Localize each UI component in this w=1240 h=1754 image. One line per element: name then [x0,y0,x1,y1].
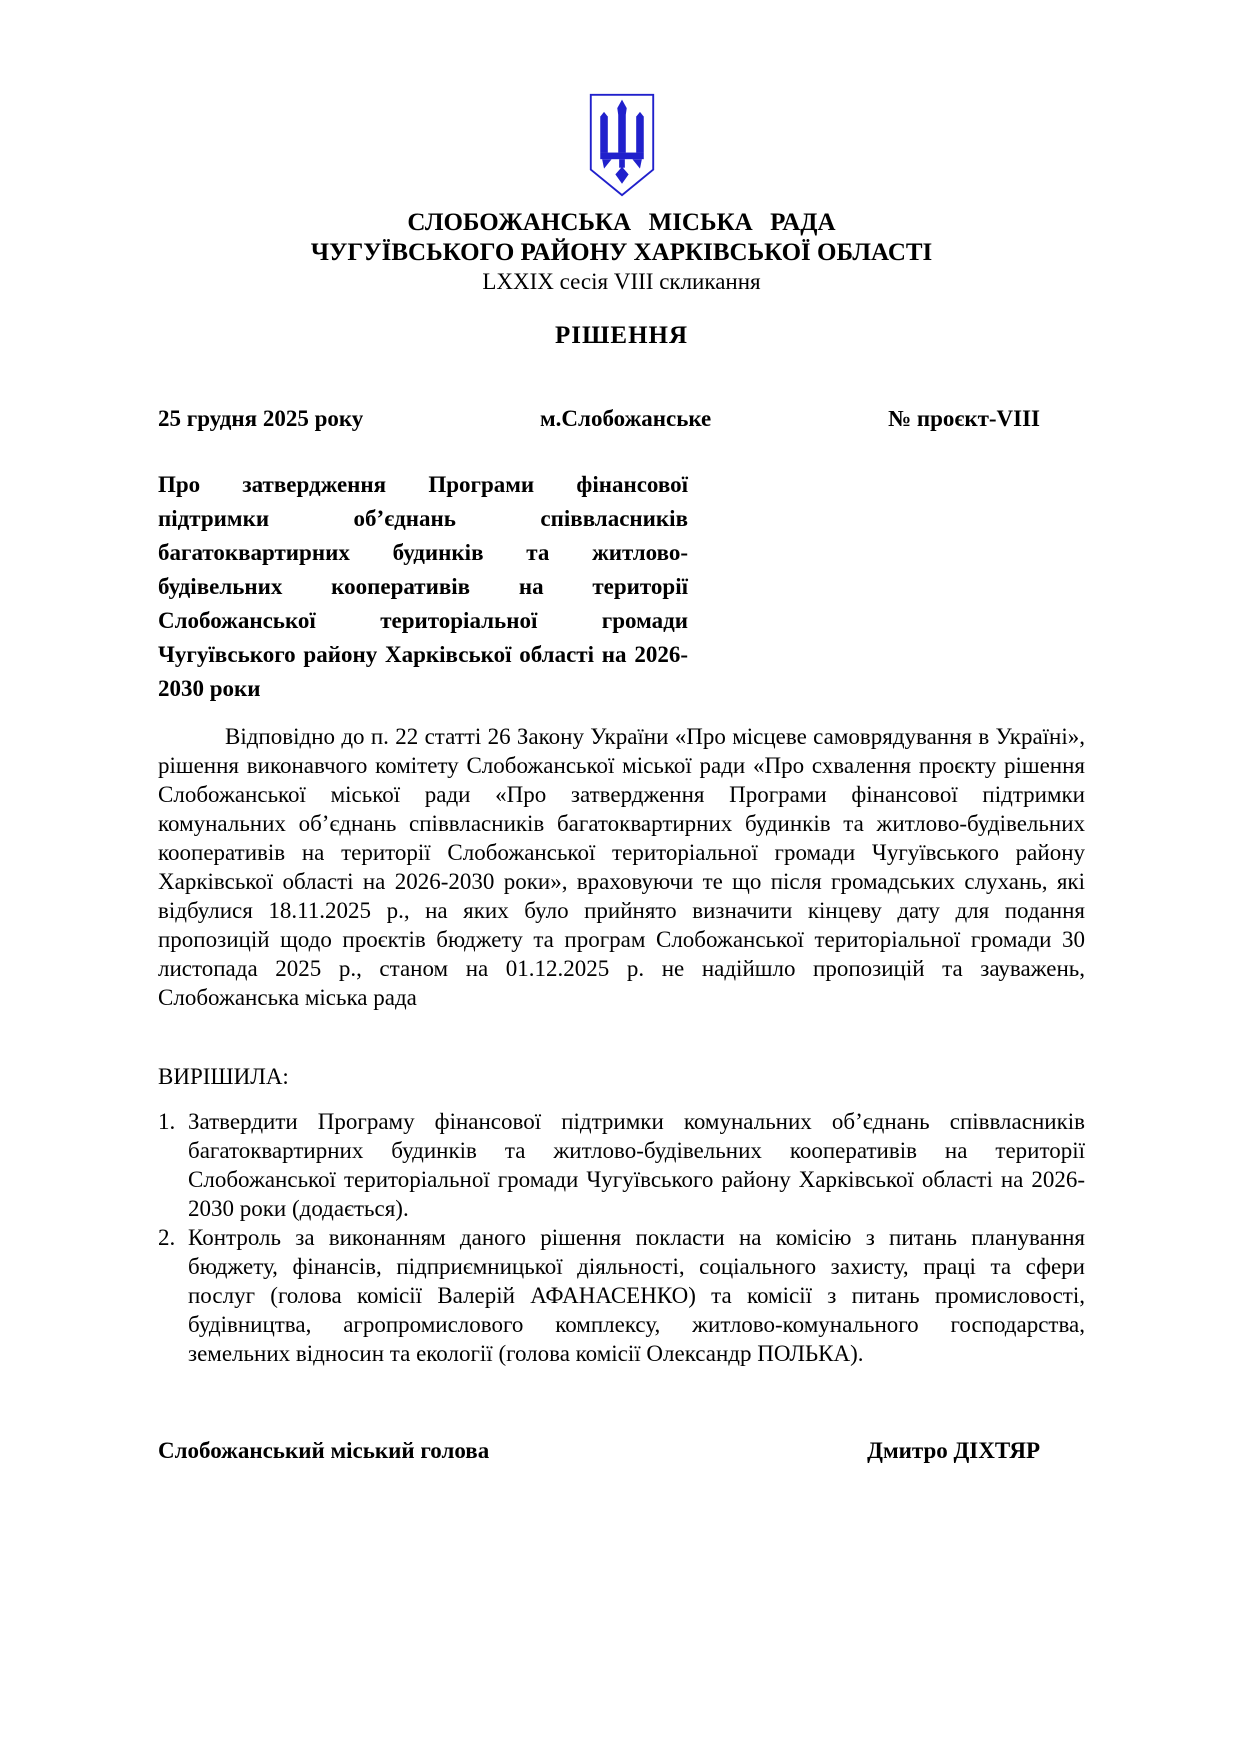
document-number: № проєкт-VIII [888,406,1040,432]
council-region: ЧУГУЇВСЬКОГО РАЙОНУ ХАРКІВСЬКОЇ ОБЛАСТІ [158,238,1085,268]
signature-title: Слобожанський міський голова [158,1438,489,1464]
signature-name: Дмитро ДІХТЯР [867,1438,1040,1464]
list-item: 1. Затвердити Програму фінансової підтри… [158,1107,1085,1223]
meta-row: 25 грудня 2025 року м.Слобожанське № про… [158,406,1085,432]
session-line: LXXIX сесія VIII скликання [158,268,1085,296]
council-name: СЛОБОЖАНСЬКА МІСЬКА РАДА [158,208,1085,238]
ukraine-trident-emblem-icon [587,92,657,198]
document-type-title: РІШЕННЯ [158,322,1085,350]
item-text: Затвердити Програму фінансової підтримки… [188,1107,1085,1223]
decision-document-page: СЛОБОЖАНСЬКА МІСЬКА РАДА ЧУГУЇВСЬКОГО РА… [0,0,1240,1754]
document-place: м.Слобожанське [540,406,711,432]
resolved-heading: ВИРІШИЛА: [158,1062,1085,1091]
document-subject: Про затвердження Програми фінансової під… [158,468,688,706]
item-number: 1. [158,1107,188,1223]
signature-row: Слобожанський міський голова Дмитро ДІХТ… [158,1438,1085,1464]
preamble-paragraph: Відповідно до п. 22 статті 26 Закону Укр… [158,722,1085,1012]
document-date: 25 грудня 2025 року [158,406,363,432]
item-text: Контроль за виконанням даного рішення по… [188,1223,1085,1368]
emblem-container [158,92,1085,198]
decision-list: 1. Затвердити Програму фінансової підтри… [158,1107,1085,1368]
item-number: 2. [158,1223,188,1368]
list-item: 2. Контроль за виконанням даного рішення… [158,1223,1085,1368]
